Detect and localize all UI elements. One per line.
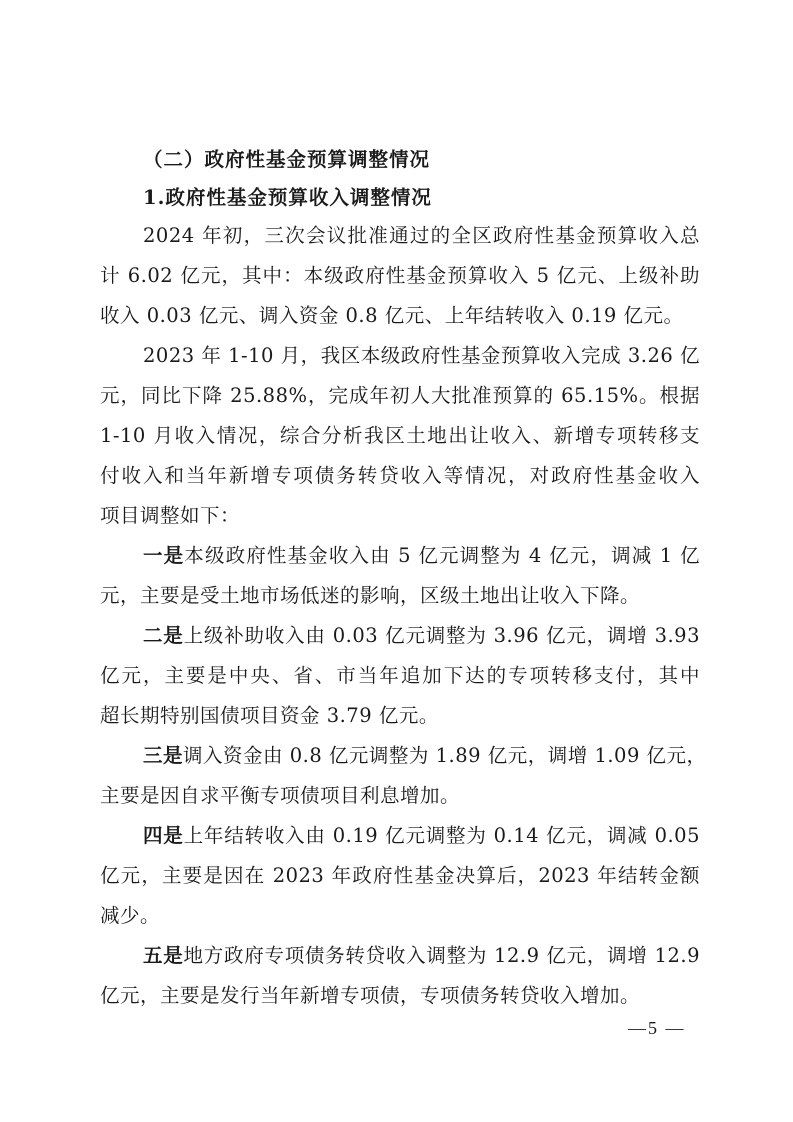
text-line: 二是上级补助收入由 0.03 亿元调整为 3.96 亿元，调增 3.93 bbox=[100, 616, 700, 656]
text-line: 亿元，主要是中央、省、市当年追加下达的专项转移支付，其中 bbox=[100, 656, 700, 696]
text-line: 计 6.02 亿元，其中：本级政府性基金预算收入 5 亿元、上级补助 bbox=[100, 256, 700, 296]
text-line: 超长期特别国债项目资金 3.79 亿元。 bbox=[100, 696, 700, 736]
item-lead: 五是 bbox=[143, 944, 183, 967]
text-span: 上年结转收入由 0.19 亿元调整为 0.14 亿元，调减 0.05 bbox=[184, 824, 700, 847]
paragraph-item-4: 四是上年结转收入由 0.19 亿元调整为 0.14 亿元，调减 0.05 亿元，… bbox=[100, 816, 700, 936]
paragraph-item-5: 五是地方政府专项债务转贷收入调整为 12.9 亿元，调增 12.9 亿元，主要是… bbox=[100, 936, 700, 1016]
text-span: 地方政府专项债务转贷收入调整为 12.9 亿元，调增 12.9 bbox=[183, 944, 700, 967]
subheading: 1.政府性基金预算收入调整情况 bbox=[100, 178, 700, 216]
text-line: 元，同比下降 25.88%，完成年初人大批准预算的 65.15%。根据 bbox=[100, 376, 700, 416]
text-line: 付收入和当年新增专项债务转贷收入等情况，对政府性基金收入 bbox=[100, 456, 700, 496]
section-heading: （二）政府性基金预算调整情况 bbox=[100, 140, 700, 178]
text-span: 上级补助收入由 0.03 亿元调整为 3.96 亿元，调增 3.93 bbox=[184, 624, 700, 647]
text-line: 收入 0.03 亿元、调入资金 0.8 亿元、上年结转收入 0.19 亿元。 bbox=[100, 296, 700, 336]
text-line: 2024 年初，三次会议批准通过的全区政府性基金预算收入总 bbox=[100, 216, 700, 256]
item-lead: 三是 bbox=[143, 744, 183, 767]
text-line: 1-10 月收入情况，综合分析我区土地出让收入、新增专项转移支 bbox=[100, 416, 700, 456]
paragraph-2023-performance: 2023 年 1-10 月，我区本级政府性基金预算收入完成 3.26 亿 元，同… bbox=[100, 336, 700, 536]
text-line: 减少。 bbox=[100, 896, 700, 936]
item-lead: 一是 bbox=[143, 544, 184, 567]
item-lead: 四是 bbox=[143, 824, 184, 847]
text-line: 主要是因自求平衡专项债项目利息增加。 bbox=[100, 776, 700, 816]
item-lead: 二是 bbox=[143, 624, 184, 647]
paragraph-budget-initial: 2024 年初，三次会议批准通过的全区政府性基金预算收入总 计 6.02 亿元，… bbox=[100, 216, 700, 336]
page-number: —5 — bbox=[628, 1018, 686, 1039]
text-line: 三是调入资金由 0.8 亿元调整为 1.89 亿元，调增 1.09 亿元， bbox=[100, 736, 700, 776]
paragraph-item-2: 二是上级补助收入由 0.03 亿元调整为 3.96 亿元，调增 3.93 亿元，… bbox=[100, 616, 700, 736]
text-span: 本级政府性基金收入由 5 亿元调整为 4 亿元，调减 1 亿 bbox=[184, 544, 700, 567]
text-line: 元，主要是受土地市场低迷的影响，区级土地出让收入下降。 bbox=[100, 576, 700, 616]
text-line: 五是地方政府专项债务转贷收入调整为 12.9 亿元，调增 12.9 bbox=[100, 936, 700, 976]
text-line: 2023 年 1-10 月，我区本级政府性基金预算收入完成 3.26 亿 bbox=[100, 336, 700, 376]
text-line: 项目调整如下： bbox=[100, 496, 700, 536]
document-page: （二）政府性基金预算调整情况 1.政府性基金预算收入调整情况 2024 年初，三… bbox=[100, 140, 700, 1016]
text-line: 一是本级政府性基金收入由 5 亿元调整为 4 亿元，调减 1 亿 bbox=[100, 536, 700, 576]
text-line: 四是上年结转收入由 0.19 亿元调整为 0.14 亿元，调减 0.05 bbox=[100, 816, 700, 856]
paragraph-item-3: 三是调入资金由 0.8 亿元调整为 1.89 亿元，调增 1.09 亿元， 主要… bbox=[100, 736, 700, 816]
text-line: 亿元，主要是因在 2023 年政府性基金决算后，2023 年结转金额 bbox=[100, 856, 700, 896]
paragraph-item-1: 一是本级政府性基金收入由 5 亿元调整为 4 亿元，调减 1 亿 元，主要是受土… bbox=[100, 536, 700, 616]
text-line: 亿元，主要是发行当年新增专项债，专项债务转贷收入增加。 bbox=[100, 976, 700, 1016]
text-span: 调入资金由 0.8 亿元调整为 1.89 亿元，调增 1.09 亿元， bbox=[183, 744, 707, 767]
